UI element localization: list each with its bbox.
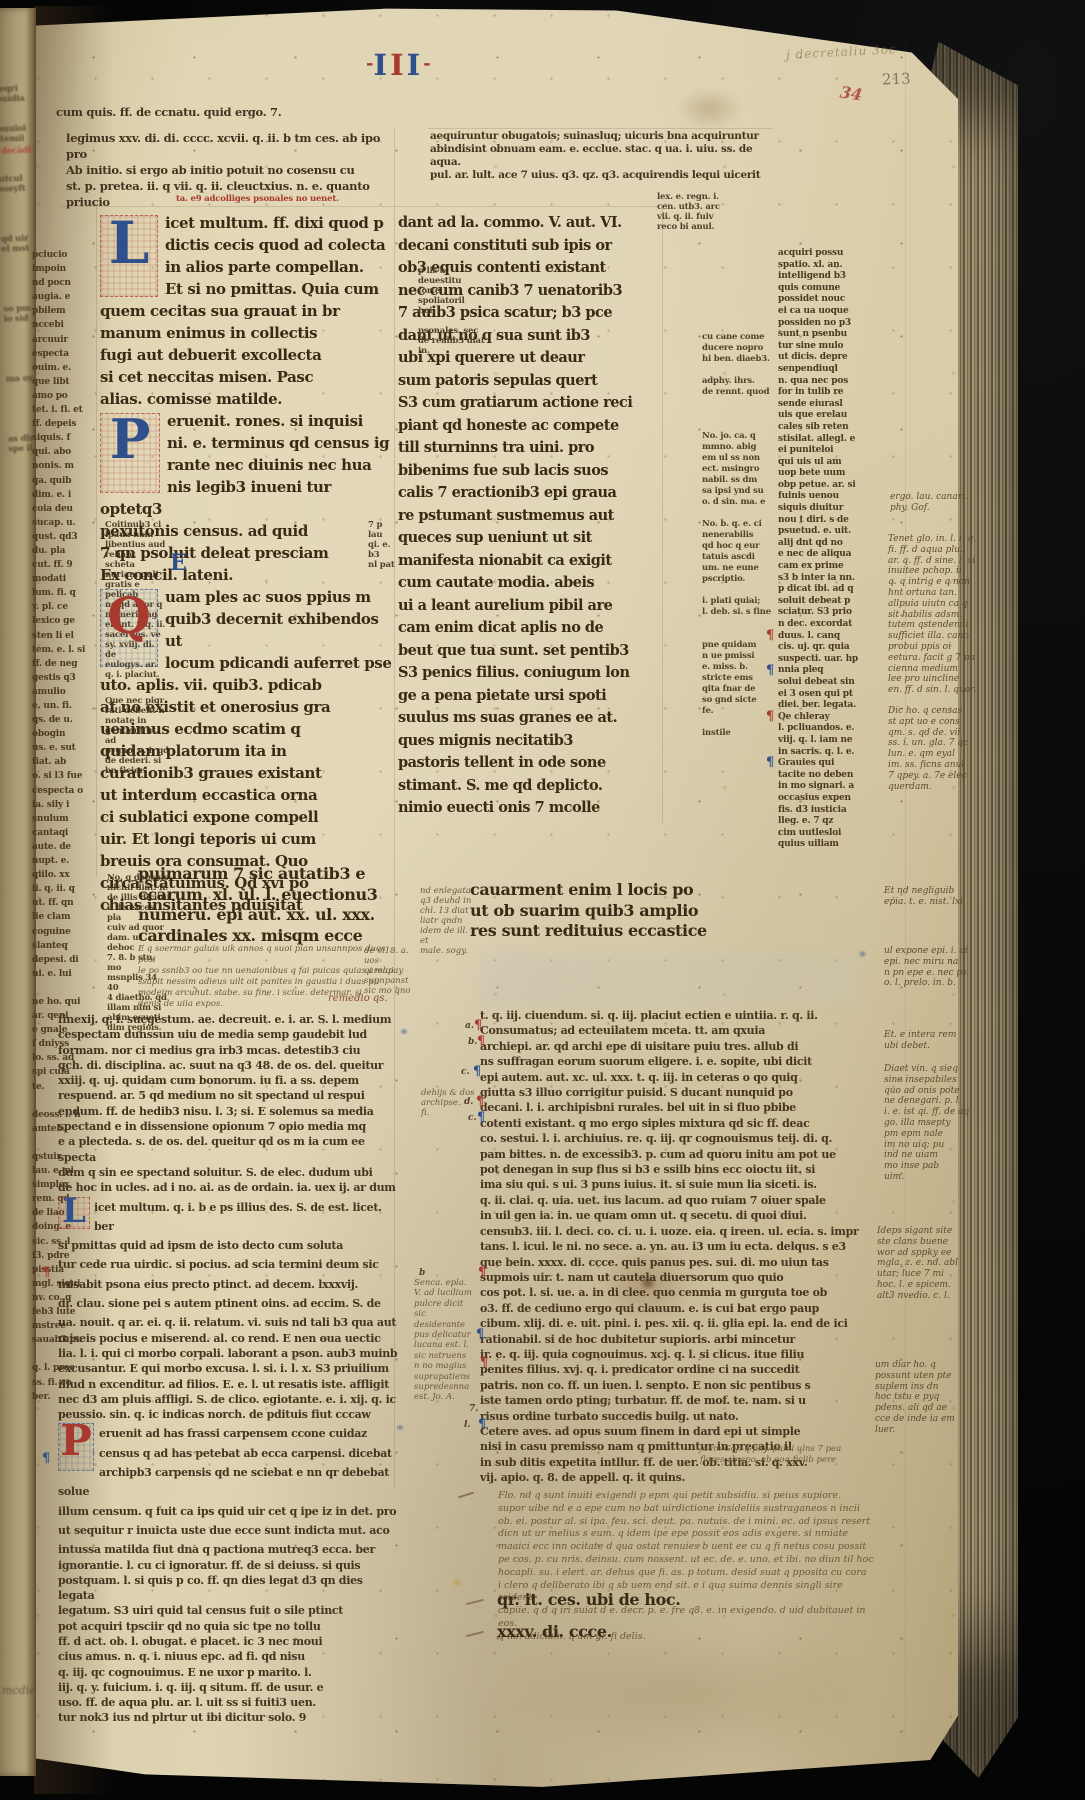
pilcrow-red: ¶ — [480, 1356, 488, 1369]
drop-initial-L: L — [100, 215, 158, 297]
pilcrow-blue: ¶ — [473, 1065, 481, 1078]
heading-flourish-right: - — [423, 53, 430, 74]
column2-tail-lines: cauarment enim l locis po ut ob suarim q… — [470, 880, 775, 942]
gutter-red-fragment: decādl — [1, 145, 31, 156]
pilcrow-red: ¶ — [476, 1095, 484, 1108]
mid-note-dehijs: dehijs & dos archipse. fi. — [421, 1088, 476, 1118]
pilcrow-red: ¶ — [474, 1019, 482, 1032]
entry-letter-l: l. — [464, 1420, 471, 1430]
intercolumn-fragment-a: 7 p lau qi. e. b3 nl pat — [368, 520, 396, 570]
erased-text-ghost — [480, 952, 860, 1006]
pilcrow-blue: ¶ — [477, 1111, 485, 1124]
lower-left-seg-5: ignorantie. l. cu ci ignoratur. ff. de s… — [58, 1558, 398, 1726]
pilcrow-blue: ¶ — [766, 664, 774, 677]
pilcrow-red: ¶ — [42, 1266, 50, 1279]
drop-initial-L-small: L — [58, 1197, 90, 1229]
lower-left-seg-4-text: eruenit ad has frassi carpensem ccone cu… — [58, 1427, 396, 1556]
lower-left-seg-2: L icet multum. q. i. b e ps illius des. … — [58, 1196, 398, 1331]
lower-left-seg-2-text: icet multum. q. i. b e ps illius des. S.… — [58, 1201, 396, 1330]
ruling-line — [428, 128, 773, 129]
entry-mark-7: 7. — [469, 1404, 478, 1414]
right-inner-gloss-top: lex. e. regn. i. cen. utb3. arc vii. q. … — [657, 192, 737, 232]
right-margin-note-4: Et nd negliguib epia. t. e. nist. lxi. — [884, 886, 978, 908]
pilcrow-red: ¶ — [478, 1266, 486, 1279]
lower-right-gloss-column: t. q. iij. ciuendum. si. q. iij. placiut… — [480, 1008, 872, 1486]
right-margin-note-9: um diar ho. q possunt uten pte suplem in… — [875, 1360, 977, 1436]
heading-letter-3: I — [407, 48, 424, 82]
heading-letter-1: I — [373, 48, 390, 82]
lower-left-seg-4: P eruenit ad has frassi carpensem ccone … — [58, 1422, 398, 1557]
catchword-line: cum quis. ff. de ccnatu. quid ergo. 7. — [56, 104, 386, 120]
folio-number-red: 34 — [839, 82, 864, 104]
right-margin-note-3: Dic ho. q censas st apt uo e cons qm. s.… — [888, 706, 980, 792]
mid-note-seneca: Senca. epla. V. ad lucilium pulcre dicit… — [414, 1278, 478, 1403]
bottom-reference-2: xxxv. di. ccce. — [497, 1622, 757, 1643]
right-dense-gloss-column: acquiri possu spatio. xl. an. intelligen… — [778, 248, 880, 851]
bottom-cursive-block: Flo. nd q sunt inuiti exigendi p epm qui… — [498, 1490, 874, 1644]
ruling-line — [662, 205, 663, 823]
gutter-bottom-word: mcdie — [2, 1684, 36, 1697]
drop-initial-P-red: P — [58, 1423, 94, 1471]
pilcrow-red: ¶ — [766, 710, 774, 723]
pilcrow-blue: ¶ — [42, 1452, 50, 1465]
page-heading-numeral: -III- — [366, 48, 431, 82]
right-margin-note-8: Ideps sigant site ste clans buene wor ad… — [877, 1226, 977, 1302]
main-text-column-1: L icet multum. ff. dixi quod p dictis ce… — [100, 212, 392, 916]
right-margin-note-6: Et. e intera rem ubi debet. — [884, 1030, 978, 1052]
column1-paragraph-2: P eruenit. rones. si inquisi ni. e. term… — [100, 410, 392, 586]
right-margin-note-1: ergo. lau. canari. phy. Gof. — [890, 492, 980, 514]
intercolumn-fragment-b: de vi18. a. uos qi mapay supnpanst sic m… — [364, 946, 424, 996]
lower-left-seg-1: finexij. q. i. sucgestum. ae. decreuit. … — [58, 1012, 398, 1196]
mid-note-enlegata: nd enlegata q3 deuhd in chl. 13 diat lia… — [420, 886, 478, 956]
intercolumn-gloss-a: p lis a deuestitu forte spoliatoril hei.… — [418, 266, 488, 356]
folio-number-pencil: 213 — [882, 70, 911, 89]
entry-letter-b2: b — [419, 1268, 425, 1278]
right-margin-note-7: Diaet vin. q sieq sine insepabiles quo a… — [884, 1064, 978, 1183]
right-margin-note-5: ul expone epi. i. ai epi. nec miru na n … — [884, 946, 978, 989]
bottom-reference-1: qr. it. ces. ubi de hoc. — [497, 1590, 757, 1611]
lower-left-gloss-column: finexij. q. i. sucgestum. ae. decreuit. … — [58, 1012, 398, 1726]
entry-letter-c: c. — [461, 1067, 470, 1077]
pilcrow-blue: ¶ — [478, 1418, 486, 1431]
entry-letter-a: a. — [465, 1021, 474, 1031]
drop-initial-Q: Q — [100, 589, 158, 667]
heading-letter-2: I — [390, 48, 407, 82]
bottom-cursive-side: idem Gof. q phy. puini ulns 7 pea flores… — [700, 1444, 880, 1466]
top-gloss-red-note: ta. e9 adcolliges psonales no uenet. — [176, 194, 346, 204]
lower-left-seg-3: miseis pocius e miserend. al. co rend. E… — [58, 1331, 398, 1423]
drop-initial-P: P — [100, 413, 160, 493]
pilcrow-red: ¶ — [766, 629, 774, 642]
pilcrow-red: ¶ — [477, 1035, 485, 1048]
pilcrow-blue: ¶ — [766, 756, 774, 769]
versal-E-blue: E — [170, 550, 187, 576]
column2-overhang-lines: aequiruntur obugatois; suinasluq; uicuri… — [430, 130, 775, 182]
column1-tail-lines: puimarum 7 sic autatib3 e ccarum. xl. ul… — [138, 864, 398, 946]
manuscript-photo: teqri ouidia ouuioi itemii utcul sseyft … — [0, 0, 1085, 1800]
right-margin-note-2: Tenet glo. in. l. i. q. fi. ff. d aqua p… — [888, 534, 980, 696]
column1-paragraph-1: L icet multum. ff. dixi quod p dictis ce… — [100, 212, 392, 410]
